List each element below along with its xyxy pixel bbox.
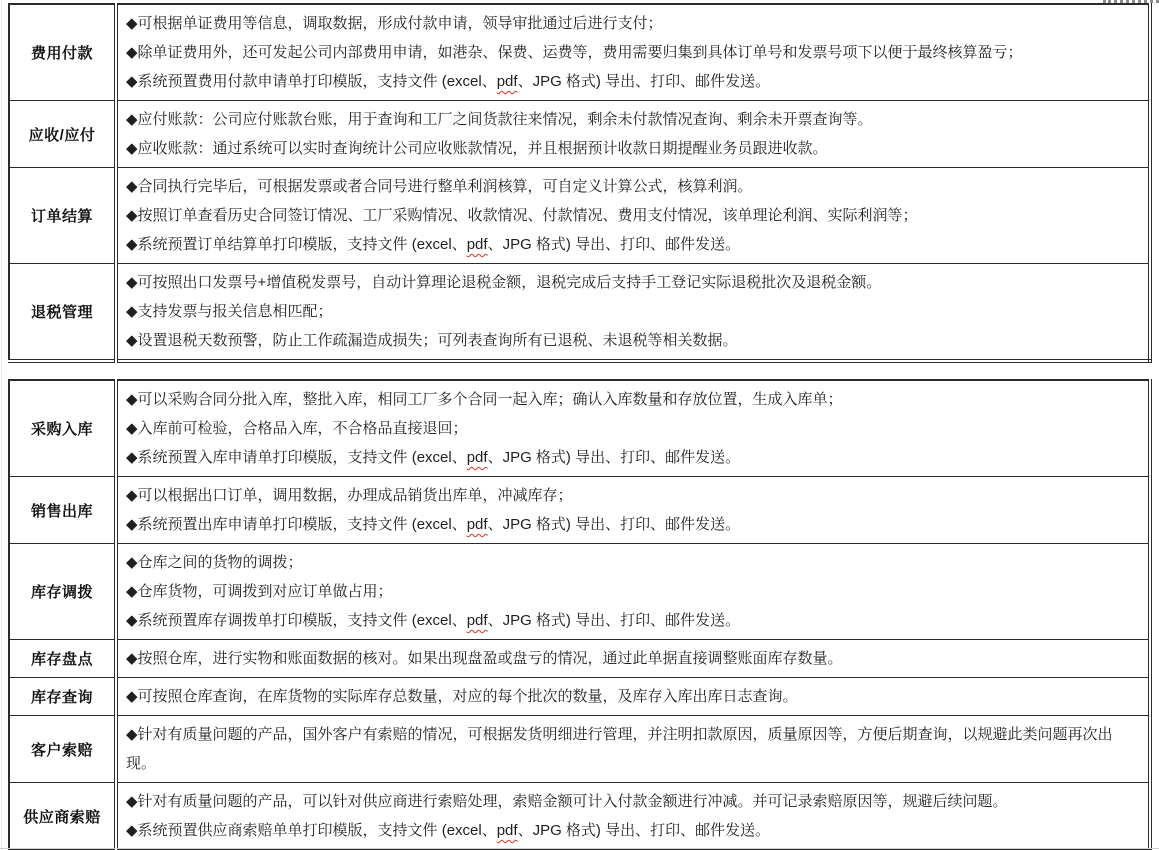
table-row-order-settlement: 订单结算 ◆合同执行完毕后，可根据发票或者合同号进行整单利润核算，可自定义计算公… xyxy=(9,168,1150,264)
table-row-inventory-count: 库存盘点 ◆按照仓库，进行实物和账面数据的核对。如果出现盘盈或盘亏的情况，通过此… xyxy=(9,640,1150,678)
row-content: ◆可以采购合同分批入库，整批入库，相同工厂多个合同一起入库；确认入库数量和存放位… xyxy=(116,380,1150,477)
table-row-inventory-query: 库存查询 ◆可按照仓库查询，在库货物的实际库存总数量，对应的每个批次的数量，及库… xyxy=(9,678,1150,716)
warehouse-claims-table: 采购入库 ◆可以采购合同分批入库，整批入库，相同工厂多个合同一起入库；确认入库数… xyxy=(8,379,1152,850)
feature-item: ◆设置退税天数预警，防止工作疏漏造成损失；可列表查询所有已退税、未退税等相关数据… xyxy=(126,326,1140,355)
feature-item: ◆按照订单查看历史合同签订情况、工厂采购情况、收款情况、付款情况、费用支付情况，… xyxy=(126,201,1140,230)
table-row-inventory-transfer: 库存调拨 ◆仓库之间的货物的调拨； ◆仓库货物，可调拨到对应订单做占用； ◆系统… xyxy=(9,544,1150,640)
row-content: ◆可按照仓库查询，在库货物的实际库存总数量，对应的每个批次的数量，及库存入库出库… xyxy=(116,678,1150,716)
row-label: 库存调拨 xyxy=(9,544,116,640)
feature-item: ◆应收账款：通过系统可以实时查询统计公司应收账款情况，并且根据预计收款日期提醒业… xyxy=(126,134,1140,163)
row-label: 退税管理 xyxy=(9,264,116,362)
row-content: ◆应付账款：公司应付账款台账，用于查询和工厂之间货款往来情况，剩余未付款情况查询… xyxy=(116,101,1150,168)
feature-item: ◆可以采购合同分批入库，整批入库，相同工厂多个合同一起入库；确认入库数量和存放位… xyxy=(126,385,1140,414)
feature-item: ◆系统预置供应商索赔单单打印模版，支持文件 (excel、pdf、JPG 格式)… xyxy=(126,816,1140,845)
page-bottom-edge-line xyxy=(0,848,1159,849)
row-content: ◆合同执行完毕后，可根据发票或者合同号进行整单利润核算，可自定义计算公式，核算利… xyxy=(116,168,1150,264)
row-label: 库存查询 xyxy=(9,678,116,716)
feature-item: ◆仓库货物，可调拨到对应订单做占用； xyxy=(126,577,1140,606)
document-body: 费用付款 ◆可根据单证费用等信息，调取数据，形成付款申请，领导审批通过后进行支付… xyxy=(8,3,1152,850)
row-content: ◆可以根据出口订单，调用数据，办理成品销货出库单，冲减库存； ◆系统预置出库申请… xyxy=(116,477,1150,544)
spellcheck-underline: pdf xyxy=(467,236,488,253)
table-row-expense-payment: 费用付款 ◆可根据单证费用等信息，调取数据，形成付款申请，领导审批通过后进行支付… xyxy=(9,4,1150,101)
feature-item: ◆系统预置出库申请单打印模版，支持文件 (excel、pdf、JPG 格式) 导… xyxy=(126,510,1140,539)
row-label: 供应商索赔 xyxy=(9,783,116,850)
table-row-supplier-claims: 供应商索赔 ◆针对有质量问题的产品，可以针对供应商进行索赔处理，索赔金额可计入付… xyxy=(9,783,1150,850)
row-label: 客户索赔 xyxy=(9,716,116,783)
row-label: 应收/应付 xyxy=(9,101,116,168)
table-row-receivable-payable: 应收/应付 ◆应付账款：公司应付账款台账，用于查询和工厂之间货款往来情况，剩余未… xyxy=(9,101,1150,168)
row-content: ◆针对有质量问题的产品，国外客户有索赔的情况，可根据发货明细进行管理，并注明扣款… xyxy=(116,716,1150,783)
row-label: 销售出库 xyxy=(9,477,116,544)
table-row-purchase-inbound: 采购入库 ◆可以采购合同分批入库，整批入库，相同工厂多个合同一起入库；确认入库数… xyxy=(9,380,1150,477)
feature-item: ◆入库前可检验，合格品入库，不合格品直接退回； xyxy=(126,414,1140,443)
finance-settlement-table: 费用付款 ◆可根据单证费用等信息，调取数据，形成付款申请，领导审批通过后进行支付… xyxy=(8,3,1152,363)
feature-item: ◆按照仓库，进行实物和账面数据的核对。如果出现盘盈或盘亏的情况，通过此单据直接调… xyxy=(126,644,1140,673)
feature-item: ◆系统预置库存调拨单打印模版，支持文件 (excel、pdf、JPG 格式) 导… xyxy=(126,606,1140,635)
feature-item: ◆除单证费用外，还可发起公司内部费用申请，如港杂、保费、运费等，费用需要归集到具… xyxy=(126,38,1140,67)
feature-item: ◆仓库之间的货物的调拨； xyxy=(126,548,1140,577)
document-page: { "page": { "background": "#ffffff", "bo… xyxy=(0,0,1159,850)
row-label: 费用付款 xyxy=(9,4,116,101)
feature-item: ◆系统预置订单结算单打印模版，支持文件 (excel、pdf、JPG 格式) 导… xyxy=(126,230,1140,259)
row-content: ◆按照仓库，进行实物和账面数据的核对。如果出现盘盈或盘亏的情况，通过此单据直接调… xyxy=(116,640,1150,678)
spellcheck-underline: pdf xyxy=(467,449,488,466)
row-content: ◆针对有质量问题的产品，可以针对供应商进行索赔处理，索赔金额可计入付款金额进行冲… xyxy=(116,783,1150,850)
row-label: 订单结算 xyxy=(9,168,116,264)
table-row-customer-claims: 客户索赔 ◆针对有质量问题的产品，国外客户有索赔的情况，可根据发货明细进行管理，… xyxy=(9,716,1150,783)
feature-item: ◆系统预置入库申请单打印模版，支持文件 (excel、pdf、JPG 格式) 导… xyxy=(126,443,1140,472)
page-left-edge-line xyxy=(1,0,2,850)
spellcheck-underline: pdf xyxy=(497,73,518,90)
table-row-tax-refund: 退税管理 ◆可按照出口发票号+增值税发票号，自动计算理论退税金额，退税完成后支持… xyxy=(9,264,1150,362)
feature-item: ◆可以根据出口订单，调用数据，办理成品销货出库单，冲减库存； xyxy=(126,481,1140,510)
feature-item: ◆应付账款：公司应付账款台账，用于查询和工厂之间货款往来情况，剩余未付款情况查询… xyxy=(126,105,1140,134)
spellcheck-underline: pdf xyxy=(497,822,518,839)
row-content: ◆可根据单证费用等信息，调取数据，形成付款申请，领导审批通过后进行支付； ◆除单… xyxy=(116,4,1150,101)
spellcheck-underline: pdf xyxy=(467,516,488,533)
feature-item: ◆可按照仓库查询，在库货物的实际库存总数量，对应的每个批次的数量，及库存入库出库… xyxy=(126,682,1140,711)
table-row-sales-outbound: 销售出库 ◆可以根据出口订单，调用数据，办理成品销货出库单，冲减库存； ◆系统预… xyxy=(9,477,1150,544)
feature-item: ◆系统预置费用付款申请单打印模版，支持文件 (excel、pdf、JPG 格式)… xyxy=(126,67,1140,96)
feature-item: ◆针对有质量问题的产品，国外客户有索赔的情况，可根据发货明细进行管理，并注明扣款… xyxy=(126,720,1140,778)
feature-item: ◆合同执行完毕后，可根据发票或者合同号进行整单利润核算，可自定义计算公式，核算利… xyxy=(126,172,1140,201)
feature-item: ◆可根据单证费用等信息，调取数据，形成付款申请，领导审批通过后进行支付； xyxy=(126,9,1140,38)
feature-item: ◆可按照出口发票号+增值税发票号，自动计算理论退税金额，退税完成后支持手工登记实… xyxy=(126,268,1140,297)
spellcheck-underline: pdf xyxy=(467,612,488,629)
feature-item: ◆针对有质量问题的产品，可以针对供应商进行索赔处理，索赔金额可计入付款金额进行冲… xyxy=(126,787,1140,816)
row-content: ◆可按照出口发票号+增值税发票号，自动计算理论退税金额，退税完成后支持手工登记实… xyxy=(116,264,1150,362)
row-label: 库存盘点 xyxy=(9,640,116,678)
row-content: ◆仓库之间的货物的调拨； ◆仓库货物，可调拨到对应订单做占用； ◆系统预置库存调… xyxy=(116,544,1150,640)
row-label: 采购入库 xyxy=(9,380,116,477)
feature-item: ◆支持发票与报关信息相匹配； xyxy=(126,297,1140,326)
